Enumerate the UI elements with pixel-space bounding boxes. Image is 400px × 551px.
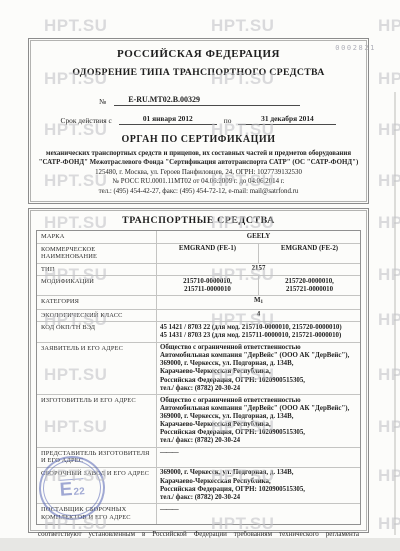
valid-from-date: 01 января 2012: [119, 114, 217, 125]
watermark-text: HPT.SU: [378, 514, 400, 534]
okp-code-line: 45 1431 / 8703 23 (для мод. 215711-00000…: [160, 332, 357, 340]
table-row-okp-code: КОД ОКП/ТН ВЭД 45 1421 / 8703 22 (для мо…: [37, 321, 360, 341]
table-row-applicant: ЗАЯВИТЕЛЬ И ЕГО АДРЕС Общество с огранич…: [37, 342, 360, 395]
org-accreditation-line: № РОСС RU.0001.11МТ02 от 04.06.2009 г. д…: [29, 177, 368, 186]
modification-value: 215710-0000010,: [160, 278, 255, 286]
certification-body-details: механических транспортных средств и приц…: [29, 149, 368, 196]
country-title: РОССИЙСКАЯ ФЕДЕРАЦИЯ: [29, 48, 368, 60]
address-line: Российская Федерация, ОГРН: 102090051530…: [160, 486, 357, 494]
watermark-text: HPT.SU: [378, 213, 400, 233]
table-row-eco-class: ЭКОЛОГИЧЕСКИЙ КЛАСС 4: [37, 309, 360, 322]
okp-code-value: 45 1421 / 8703 22 (для мод. 215710-00000…: [157, 322, 360, 341]
table-row-manufacturer: ИЗГОТОВИТЕЛЬ И ЕГО АДРЕС Общество с огра…: [37, 394, 360, 447]
address-line: Автомобильная компания "ДерВейс" (ООО АК…: [160, 405, 357, 413]
assembly-plant-address: 369000, г. Черкесск, ул. Подгорная, д. 1…: [157, 468, 360, 503]
stamp-letter: E: [59, 480, 73, 498]
row-label: МОДИФИКАЦИИ: [37, 276, 157, 294]
watermark-text: HPT.SU: [378, 417, 400, 437]
validity-row: Срок действия с 01 января 2012 по 31 дек…: [29, 114, 368, 125]
modifications-col1: 215710-0000010, 215711-0000010: [157, 276, 258, 294]
row-label: КОММЕРЧЕСКОЕ НАИМЕНОВАНИЕ: [37, 244, 157, 263]
table-row-category: КАТЕГОРИЯ M1: [37, 295, 360, 309]
modifications-col2: 215720-0000010, 215721-0000010: [258, 276, 360, 294]
address-line: 369000, г. Черкесск, ул. Подгорная, д. 1…: [160, 469, 357, 477]
address-line: Общество с ограниченной ответственностью: [160, 397, 357, 405]
row-label: КАТЕГОРИЯ: [37, 296, 157, 309]
org-contacts-line: тел.: (495) 454-42-27, факс: (495) 454-7…: [29, 187, 368, 196]
address-line: Карачаево-Черкесская Республика,: [160, 421, 357, 429]
row-label: ИЗГОТОВИТЕЛЬ И ЕГО АДРЕС: [37, 395, 157, 447]
validity-label: Срок действия с: [61, 116, 112, 125]
category-subscript: 1: [261, 300, 264, 305]
make-value: GEELY: [157, 231, 360, 243]
document-scan: 0002821 РОССИЙСКАЯ ФЕДЕРАЦИЯ ОДОБРЕНИЕ Т…: [0, 0, 400, 551]
watermark-text: HPT.SU: [378, 310, 400, 330]
document-title: ОДОБРЕНИЕ ТИПА ТРАНСПОРТНОГО СРЕДСТВА: [29, 67, 368, 78]
table-row-modifications: МОДИФИКАЦИИ 215710-0000010, 215711-00000…: [37, 275, 360, 294]
address-line: Карачаево-Черкесская Республика,: [160, 368, 357, 376]
address-line: Карачаево-Черкесская Республика,: [160, 478, 357, 486]
manufacturer-address: Общество с ограниченной ответственностью…: [157, 395, 360, 447]
watermark-text: HPT.SU: [378, 69, 400, 89]
address-line: Российская Федерация, ОГРН: 102090051530…: [160, 377, 357, 385]
empty-value-dash: ———: [160, 506, 178, 513]
stamp-number: 22: [73, 486, 85, 498]
watermark-text: HPT.SU: [378, 16, 400, 36]
category-value: M1: [157, 296, 360, 309]
eco-class-value: 4: [157, 310, 360, 322]
watermark-text: HPT.SU: [44, 16, 107, 36]
watermark-text: HPT.SU: [211, 16, 274, 36]
vehicles-section-title: ТРАНСПОРТНЫЕ СРЕДСТВА: [29, 215, 368, 226]
address-line: Российская Федерация, ОГРН: 102090051530…: [160, 429, 357, 437]
e22-stamp-text: E 22: [59, 478, 85, 499]
row-label: ТИП: [37, 264, 157, 276]
validity-to-label: по: [224, 116, 232, 125]
table-row-make: МАРКА GEELY: [37, 231, 360, 243]
org-name-line: "САТР-ФОНД" Межотраслевого Фонда "Сертиф…: [29, 158, 368, 167]
number-label: №: [99, 97, 106, 106]
okp-code-line: 45 1421 / 8703 22 (для мод. 215710-00000…: [160, 324, 357, 332]
table-row-type: ТИП 2157: [37, 263, 360, 276]
modification-value: 215721-0000010: [262, 286, 357, 294]
watermark-text: HPT.SU: [378, 265, 400, 285]
approval-number-value: E-RU.MT02.B.00329: [114, 95, 300, 106]
address-line: 369000, г. Черкесск, ул. Подгорная, д. 1…: [160, 360, 357, 368]
org-address-line: 125480, г. Москва, ул. Героев Панфиловце…: [29, 168, 368, 177]
scan-bottom-edge: [0, 538, 400, 551]
commercial-name-1: EMGRAND (FE-1): [157, 244, 258, 263]
header-box: РОССИЙСКАЯ ФЕДЕРАЦИЯ ОДОБРЕНИЕ ТИПА ТРАН…: [28, 38, 369, 204]
org-scope-line: механических транспортных средств и приц…: [29, 149, 368, 158]
valid-to-date: 31 декабря 2014: [238, 114, 336, 125]
modification-value: 215720-0000010,: [262, 278, 357, 286]
watermark-text: HPT.SU: [378, 171, 400, 191]
address-line: тел./ факс: (8782) 20-30-24: [160, 494, 357, 502]
scan-edge-line: [394, 92, 396, 535]
empty-value-dash: ———: [160, 449, 178, 456]
table-row-commercial-name: КОММЕРЧЕСКОЕ НАИМЕНОВАНИЕ EMGRAND (FE-1)…: [37, 243, 360, 263]
watermark-text: HPT.SU: [378, 120, 400, 140]
watermark-text: HPT.SU: [378, 466, 400, 486]
address-line: 369000, г. Черкесск, ул. Подгорная, д. 1…: [160, 413, 357, 421]
address-line: тел./ факс: (8782) 20-30-24: [160, 437, 357, 445]
address-line: Автомобильная компания "ДерВейс" (ООО АК…: [160, 352, 357, 360]
address-line: Общество с ограниченной ответственностью: [160, 344, 357, 352]
address-line: тел./ факс: (8782) 20-30-24: [160, 385, 357, 393]
approval-number-row: № E-RU.MT02.B.00329: [99, 95, 368, 106]
type-value: 2157: [157, 264, 360, 276]
row-label: МАРКА: [37, 231, 157, 243]
certification-body-title: ОРГАН ПО СЕРТИФИКАЦИИ: [29, 134, 368, 145]
applicant-address: Общество с ограниченной ответственностью…: [157, 343, 360, 395]
modification-value: 215711-0000010: [160, 286, 255, 294]
commercial-name-2: EMGRAND (FE-2): [258, 244, 360, 263]
watermark-text: HPT.SU: [378, 365, 400, 385]
row-label: ЭКОЛОГИЧЕСКИЙ КЛАСС: [37, 310, 157, 322]
row-label: ЗАЯВИТЕЛЬ И ЕГО АДРЕС: [37, 343, 157, 395]
row-label: КОД ОКП/ТН ВЭД: [37, 322, 157, 341]
